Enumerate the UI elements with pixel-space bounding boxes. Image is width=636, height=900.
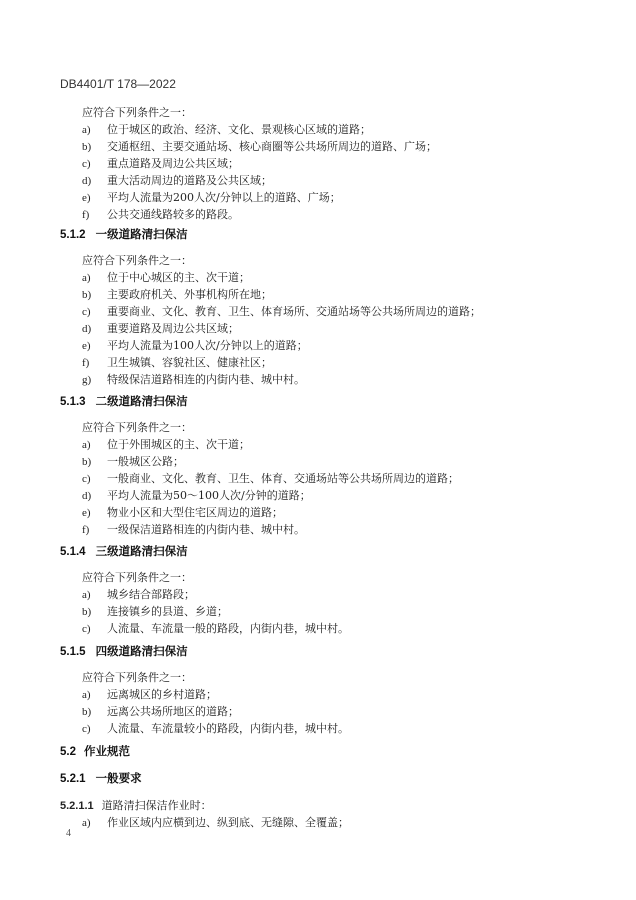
item-label: e) xyxy=(82,192,107,204)
list-item: a)远离城区的乡村道路； xyxy=(82,686,217,702)
list-item: b)交通枢纽、主要交通站场、核心商圈等公共场所周边的道路、广场； xyxy=(82,138,437,154)
section-intro: 应符合下列条件之一： xyxy=(82,669,192,685)
item-text: 重点道路及周边公共区域； xyxy=(107,157,239,170)
clause-5-2-1-1: 5.2.1.1道路清扫保洁作业时： xyxy=(60,797,212,813)
item-text: 平均人流量为100人次/分钟以上的道路； xyxy=(107,339,308,352)
item-text: 远离公共场所地区的道路； xyxy=(107,705,239,718)
item-text: 一般商业、文化、教育、卫生、体育、交通场站等公共场所周边的道路； xyxy=(107,472,459,485)
list-item: f)公共交通线路较多的路段。 xyxy=(82,206,239,222)
item-label: a) xyxy=(82,124,107,136)
item-text: 平均人流量为200人次/分钟以上的道路、广场； xyxy=(107,191,341,204)
item-label: f) xyxy=(82,209,107,221)
list-item: a)城乡结合部路段； xyxy=(82,586,195,602)
item-label: b) xyxy=(82,141,107,153)
item-text: 卫生城镇、容貌社区、健康社区； xyxy=(107,356,272,369)
item-text: 一级保洁道路相连的内街内巷、城中村。 xyxy=(107,523,305,536)
item-text: 公共交通线路较多的路段。 xyxy=(107,208,239,221)
item-label: a) xyxy=(82,439,107,451)
item-text: 连接镇乡的县道、乡道； xyxy=(107,605,228,618)
item-text: 人流量、车流量较小的路段，内街内巷，城中村。 xyxy=(107,722,349,735)
item-label: f) xyxy=(82,357,107,369)
section-intro: 应符合下列条件之一： xyxy=(82,252,192,268)
list-item: a)位于中心城区的主、次干道； xyxy=(82,269,250,285)
section-heading-5-2-1: 5.2.1一般要求 xyxy=(60,770,142,786)
item-text: 作业区域内应横到边、纵到底、无缝隙、全覆盖； xyxy=(107,816,349,829)
item-label: a) xyxy=(82,272,107,284)
item-label: a) xyxy=(82,689,107,701)
section-intro: 应符合下列条件之一： xyxy=(82,569,192,585)
item-text: 平均人流量为50～100人次/分钟的道路； xyxy=(107,489,311,502)
list-item: a)位于外围城区的主、次干道； xyxy=(82,436,250,452)
section-heading-5-1-5: 5.1.5四级道路清扫保洁 xyxy=(60,643,188,659)
list-item: b)远离公共场所地区的道路； xyxy=(82,703,239,719)
item-text: 远离城区的乡村道路； xyxy=(107,688,217,701)
item-text: 城乡结合部路段； xyxy=(107,588,195,601)
list-item: c)重要商业、文化、教育、卫生、体育场所、交通站场等公共场所周边的道路； xyxy=(82,303,481,319)
list-item: a)位于城区的政治、经济、文化、景观核心区域的道路； xyxy=(82,121,371,137)
item-text: 人流量、车流量一般的路段，内街内巷，城中村。 xyxy=(107,622,349,635)
list-item: e)平均人流量为200人次/分钟以上的道路、广场； xyxy=(82,189,341,205)
section-heading-5-1-4: 5.1.4三级道路清扫保洁 xyxy=(60,543,188,559)
item-label: b) xyxy=(82,456,107,468)
item-label: a) xyxy=(82,589,107,601)
item-text: 物业小区和大型住宅区周边的道路； xyxy=(107,506,283,519)
list-item: g)特级保洁道路相连的内街内巷、城中村。 xyxy=(82,371,305,387)
item-text: 位于城区的政治、经济、文化、景观核心区域的道路； xyxy=(107,123,371,136)
list-item: e)平均人流量为100人次/分钟以上的道路； xyxy=(82,337,308,353)
item-label: d) xyxy=(82,323,107,335)
item-text: 重要道路及周边公共区域； xyxy=(107,322,239,335)
item-label: d) xyxy=(82,175,107,187)
section-intro: 应符合下列条件之一： xyxy=(82,419,192,435)
item-text: 重大活动周边的道路及公共区域； xyxy=(107,174,272,187)
item-label: e) xyxy=(82,507,107,519)
list-item: b)主要政府机关、外事机构所在地； xyxy=(82,286,272,302)
list-item: d)平均人流量为50～100人次/分钟的道路； xyxy=(82,487,311,503)
list-item: c)一般商业、文化、教育、卫生、体育、交通场站等公共场所周边的道路； xyxy=(82,470,459,486)
list-item: f)卫生城镇、容貌社区、健康社区； xyxy=(82,354,272,370)
list-item: a)作业区域内应横到边、纵到底、无缝隙、全覆盖； xyxy=(82,814,349,830)
item-text: 重要商业、文化、教育、卫生、体育场所、交通站场等公共场所周边的道路； xyxy=(107,305,481,318)
section-heading-5-2: 5.2作业规范 xyxy=(60,743,130,759)
item-label: c) xyxy=(82,473,107,485)
list-item: e)物业小区和大型住宅区周边的道路； xyxy=(82,504,283,520)
item-label: a) xyxy=(82,817,107,829)
list-item: f)一级保洁道路相连的内街内巷、城中村。 xyxy=(82,521,305,537)
section-heading-5-1-2: 5.1.2一级道路清扫保洁 xyxy=(60,226,188,242)
item-label: e) xyxy=(82,340,107,352)
item-text: 位于外围城区的主、次干道； xyxy=(107,438,250,451)
item-text: 位于中心城区的主、次干道； xyxy=(107,271,250,284)
item-text: 一般城区公路； xyxy=(107,455,184,468)
item-label: b) xyxy=(82,289,107,301)
list-item: d)重大活动周边的道路及公共区域； xyxy=(82,172,272,188)
item-text: 主要政府机关、外事机构所在地； xyxy=(107,288,272,301)
item-label: c) xyxy=(82,306,107,318)
item-label: d) xyxy=(82,490,107,502)
item-label: c) xyxy=(82,723,107,735)
list-item: c)人流量、车流量较小的路段，内街内巷，城中村。 xyxy=(82,720,349,736)
page-number: 4 xyxy=(66,828,71,839)
list-item: b)一般城区公路； xyxy=(82,453,184,469)
item-label: b) xyxy=(82,606,107,618)
list-item: b)连接镇乡的县道、乡道； xyxy=(82,603,228,619)
item-label: c) xyxy=(82,623,107,635)
section-heading-5-1-3: 5.1.3二级道路清扫保洁 xyxy=(60,393,188,409)
item-label: f) xyxy=(82,524,107,536)
list-item: d)重要道路及周边公共区域； xyxy=(82,320,239,336)
document-id: DB4401/T 178—2022 xyxy=(60,77,176,91)
item-label: b) xyxy=(82,706,107,718)
item-text: 交通枢纽、主要交通站场、核心商圈等公共场所周边的道路、广场； xyxy=(107,140,437,153)
list-item: c)人流量、车流量一般的路段，内街内巷，城中村。 xyxy=(82,620,349,636)
list-item: c)重点道路及周边公共区域； xyxy=(82,155,239,171)
section-intro: 应符合下列条件之一： xyxy=(82,104,192,120)
item-label: c) xyxy=(82,158,107,170)
item-text: 特级保洁道路相连的内街内巷、城中村。 xyxy=(107,373,305,386)
item-label: g) xyxy=(82,374,107,386)
